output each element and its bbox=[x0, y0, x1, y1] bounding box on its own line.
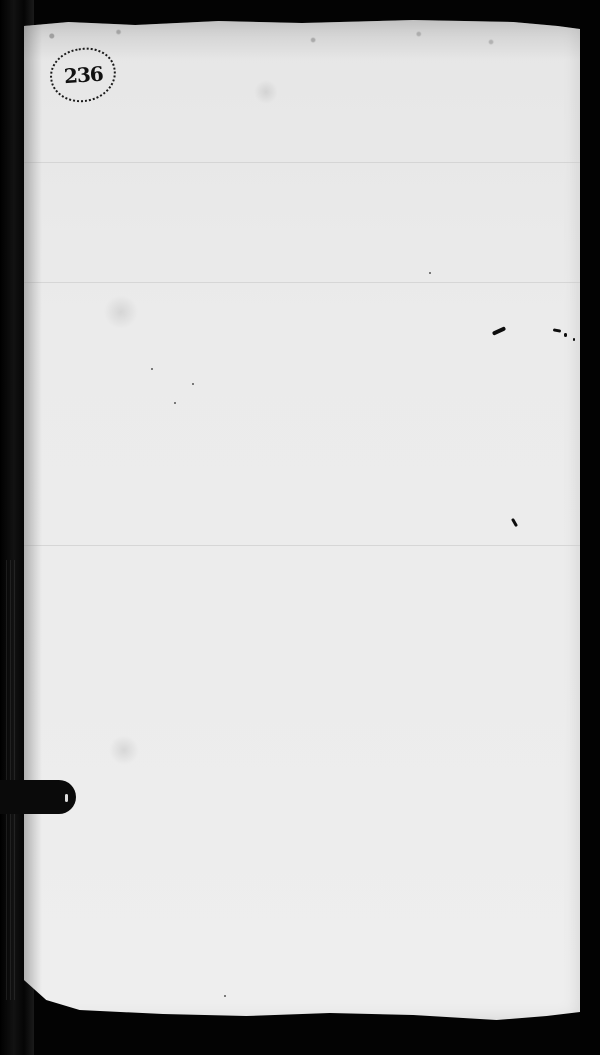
stain bbox=[109, 735, 139, 765]
speck bbox=[224, 995, 226, 997]
ink-mark bbox=[564, 333, 567, 337]
fold-line bbox=[24, 282, 580, 283]
fold-line bbox=[24, 545, 580, 546]
speck bbox=[429, 272, 431, 274]
right-border bbox=[580, 0, 600, 1055]
paper-sheet bbox=[24, 20, 580, 1020]
scanned-page-image: 236 bbox=[0, 0, 600, 1055]
folio-number: 236 bbox=[63, 62, 103, 89]
speck bbox=[192, 383, 194, 385]
ink-mark bbox=[573, 338, 575, 341]
stain bbox=[104, 295, 138, 329]
binding-clip bbox=[0, 780, 76, 814]
stain bbox=[254, 80, 278, 104]
fold-line bbox=[24, 162, 580, 163]
speck bbox=[324, 1020, 326, 1022]
speck bbox=[151, 368, 153, 370]
speck bbox=[174, 402, 176, 404]
